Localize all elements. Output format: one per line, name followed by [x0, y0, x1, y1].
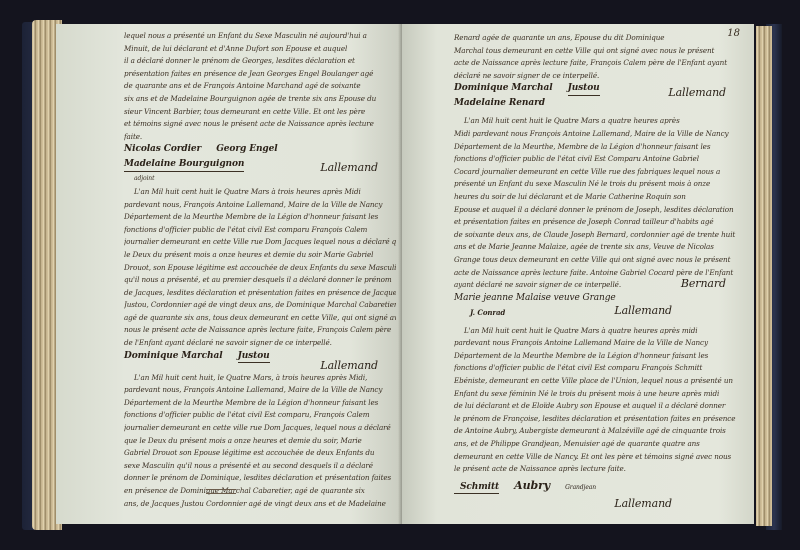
text-line: ans, de Jacques Justou Cordonnier agé de…: [124, 498, 396, 511]
text-line: ans et de Marie Jeanne Malaize, agée de …: [454, 241, 744, 254]
signature: Nicolas Cordier: [124, 143, 201, 156]
text-line: fonctions d'officier public de l'état ci…: [454, 153, 744, 166]
mayor-signature: Lallemand: [668, 87, 726, 100]
text-line: fonctions d'officier public de l'état ci…: [124, 224, 396, 237]
signature: Bernard: [681, 278, 726, 291]
text-line: sexe Masculin qu'il nous a présenté et a…: [124, 460, 396, 473]
signature-block-1b: Madelaine Bourguignon Lallemand: [124, 158, 396, 173]
signature: Georg Engel: [216, 143, 277, 156]
text-line: que le Deux du présent mois a onze heure…: [124, 435, 396, 448]
right-page: 18 Renard agée de quarante un ans, Epous…: [402, 24, 754, 524]
signature: Marie jeanne Malaise veuve Grange: [454, 292, 616, 305]
text-line: de l'Enfant ayant déclaré ne savoir sign…: [124, 337, 396, 350]
end-flourish: [206, 489, 236, 494]
text-line: le présent acte de Naissance après lectu…: [454, 463, 744, 476]
text-line: Justou, Cordonnier agé de vingt deux ans…: [124, 299, 396, 312]
signature: Aubry: [514, 480, 550, 493]
text-line: il a déclaré donner le prénom de Georges…: [124, 55, 396, 68]
mayor-signature: Lallemand: [614, 498, 672, 511]
text-line: Renard agée de quarante un ans, Epouse d…: [454, 32, 744, 45]
open-register-book: lequel nous a présenté un Enfant du Sexe…: [22, 18, 782, 534]
text-line: qu'il nous a présenté, et au premier des…: [124, 274, 396, 287]
text-line: Drouot, son Epouse légitime est accouché…: [124, 262, 396, 275]
text-line: de lui déclarant et de Eloïde Aubry son …: [454, 400, 744, 413]
text-line: Gabriel Drouot son Epouse légitime est a…: [124, 447, 396, 460]
signature-note: adjoint: [124, 173, 396, 186]
text-line: fonctions d'officier public de l'état ci…: [124, 409, 396, 422]
text-line: agé de quarante six ans, tous deux demeu…: [124, 312, 396, 325]
text-line: de Antoine Aubry, Aubergiste demeurant à…: [454, 425, 744, 438]
text-line: L'an Mil huit cent huit le Quatre Mars à…: [124, 186, 396, 199]
signature: Justou: [568, 82, 600, 96]
text-line: Ebéniste, demeurant en cette Ville place…: [454, 375, 744, 388]
text-line: journalier demeurant en cette Ville rue …: [124, 236, 396, 249]
text-line: six ans et de Madelaine Bourguignon agée…: [124, 93, 396, 106]
page-edges-right: [756, 26, 772, 526]
signature: Madelaine Renard: [454, 97, 545, 110]
text-line: nous le présent acte de Naissance après …: [124, 324, 396, 337]
signature-block-1: Nicolas Cordier Georg Engel: [124, 143, 396, 158]
signature: Dominique Marchal: [124, 350, 223, 363]
signature: Schmitt: [454, 481, 499, 495]
text-line: le prénom de Françoise, lesdites déclara…: [454, 413, 744, 426]
signature: Justou: [238, 350, 270, 364]
text-line: Grange tous deux demeurant en cette Vill…: [454, 254, 744, 267]
text-line: en présence de Dominique Marchal Cabaret…: [124, 485, 396, 498]
text-line: et présentation faites en présence de Jo…: [454, 216, 744, 229]
text-line: heures du soir de lui déclarant et de Ma…: [454, 191, 744, 204]
signature-block-4b: J. Conrad Lallemand: [454, 307, 744, 325]
mayor-signature: Lallemand: [614, 305, 672, 318]
text-line: présentation faites en présence de Jean …: [124, 68, 396, 81]
text-line: pardevant nous, François Antoine Lallema…: [124, 199, 396, 212]
text-line: acte de Naissance après lecture faite, F…: [454, 57, 744, 70]
text-line: pardevant nous, François Antoine Lallema…: [124, 384, 396, 397]
text-line: lequel nous a présenté un Enfant du Sexe…: [124, 30, 396, 43]
signature: Madelaine Bourguignon: [124, 158, 244, 172]
text-line: L'an Mil huit cent huit le Quatre Mars à…: [454, 325, 744, 338]
text-line: pardevant nous François Antoine Lalleman…: [454, 337, 744, 350]
signature-block-3b: Madelaine Renard Lallemand: [454, 97, 744, 115]
signature-block-4: Marie jeanne Malaise veuve Grange Bernar…: [454, 292, 744, 307]
text-line: Minuit, de lui déclarant et d'Anne Dufor…: [124, 43, 396, 56]
left-page-text: lequel nous a présenté un Enfant du Sexe…: [124, 30, 396, 510]
text-line: Midi pardevant nous François Antoine Lal…: [454, 128, 744, 141]
text-line: journalier demeurant en cette ville rue …: [124, 422, 396, 435]
text-line: ans, et de Philippe Grandjean, Menuisier…: [454, 438, 744, 451]
mayor-signature: Lallemand: [320, 360, 378, 373]
text-line: Cocard journalier demeurant en cette Vil…: [454, 166, 744, 179]
left-page: lequel nous a présenté un Enfant du Sexe…: [56, 24, 402, 524]
text-line: sieur Vincent Barbier, tous demeurant en…: [124, 106, 396, 119]
text-line: L'an Mil huit cent huit le Quatre Mars a…: [454, 115, 744, 128]
text-line: Epouse et auquel il a déclaré donner le …: [454, 204, 744, 217]
signature: J. Conrad: [454, 307, 505, 320]
text-line: L'an Mil huit cent huit, le Quatre Mars,…: [124, 372, 396, 385]
text-line: faite.: [124, 131, 396, 144]
text-line: de Jacques, lesdites déclaration et prés…: [124, 287, 396, 300]
text-line: Département de la Meurthe Membre de la L…: [454, 350, 744, 363]
text-line: donner le prénom de Dominique, lesdites …: [124, 472, 396, 485]
signature-block-5b: Lallemand: [454, 498, 744, 513]
text-line: fonctions d'officier public de l'état ci…: [454, 362, 744, 375]
text-line: déclaré ne savoir signer de ce interpell…: [454, 70, 744, 83]
right-page-text: Renard agée de quarante un ans, Epouse d…: [454, 32, 744, 513]
text-line: Département de la Meurthe Membre de la L…: [124, 397, 396, 410]
text-line: Département de la Meurthe Membre de la L…: [124, 211, 396, 224]
text-line: Marchal tous demeurant en cette Ville qu…: [454, 45, 744, 58]
signature: Dominique Marchal: [454, 82, 553, 95]
text-line: le Deux du présent mois a onze heures et…: [124, 249, 396, 262]
text-line: de soixante deux ans, de Claude Joseph B…: [454, 229, 744, 242]
text-line: demeurant en cette Ville de Nancy. Et on…: [454, 451, 744, 464]
text-line: et témoins signé avec nous le présent ac…: [124, 118, 396, 131]
text-line: Enfant du sexe féminin Né le trois du pr…: [454, 388, 744, 401]
text-line: Département de la Meurthe, Membre de la …: [454, 141, 744, 154]
signature-block-5: Schmitt Aubry Grandjean: [454, 480, 744, 498]
text-line: présenté un Enfant du sexe Masculin Né l…: [454, 178, 744, 191]
text-line: de quarante ans et de François Antoine M…: [124, 80, 396, 93]
signature-block-2: Dominique Marchal Justou Lallemand: [124, 350, 396, 372]
signature: Grandjean: [565, 482, 596, 495]
mayor-signature: Lallemand: [320, 162, 378, 175]
